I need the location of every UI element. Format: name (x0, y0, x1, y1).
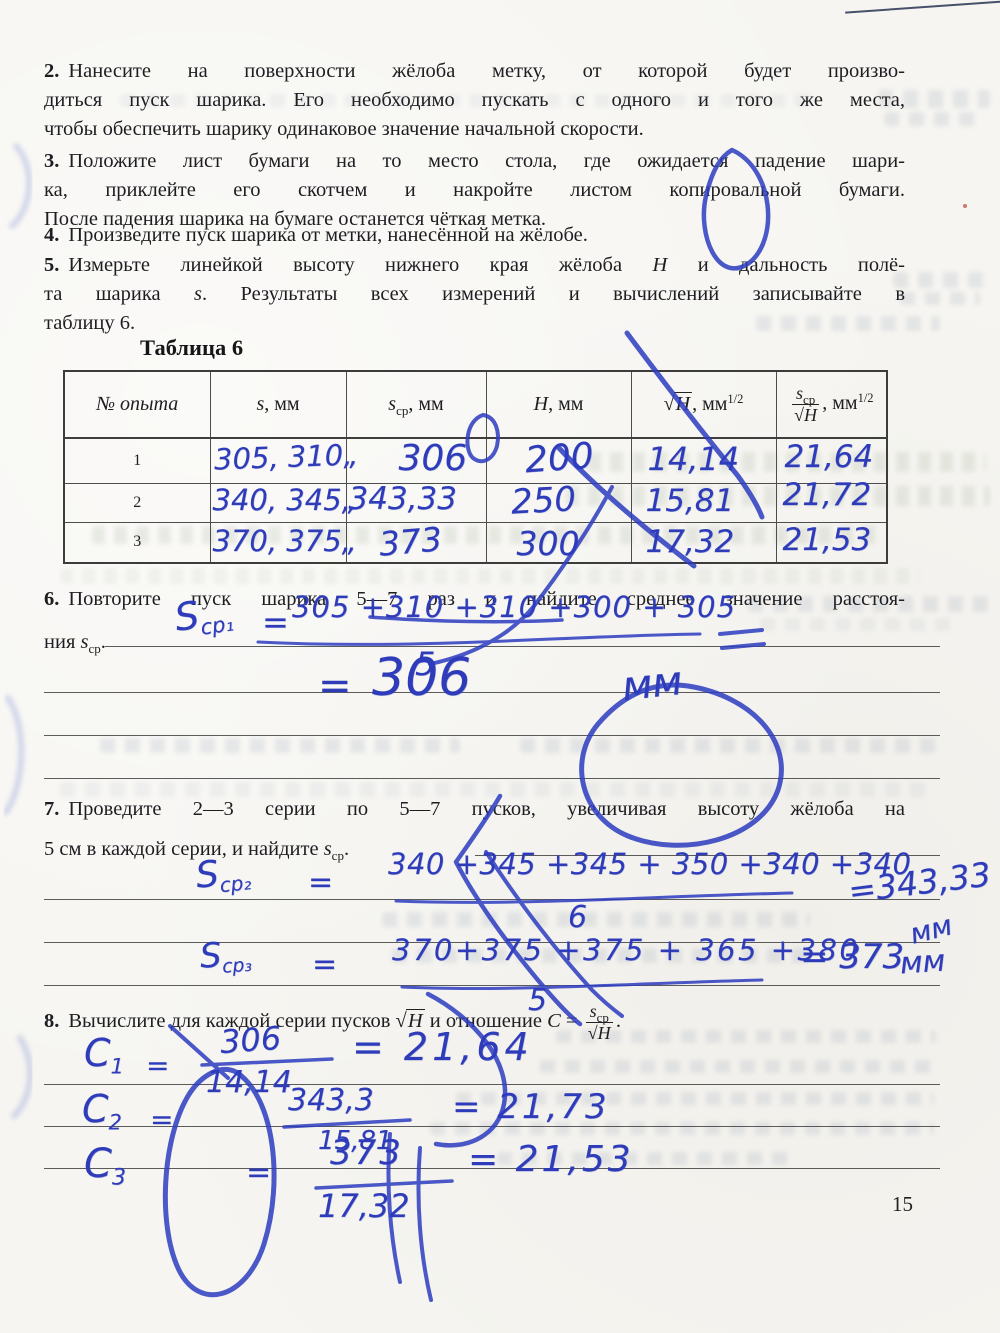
answer-line (44, 1084, 940, 1085)
pen-stroke-step7-diagonal-1 (456, 796, 580, 1024)
col-header-s-average: sср, мм (346, 371, 486, 438)
handwritten-unit-mm: мм (620, 661, 684, 707)
step-number: 6. (44, 588, 59, 610)
handwritten-unit-mm: мм (907, 911, 955, 948)
pen-stroke-fraction-bar-2 (396, 893, 792, 902)
handwritten-C1-result: = 21,64 (352, 1028, 533, 1066)
col-header-s: s, мм (210, 371, 346, 438)
row-3-sqrtH-value: 17,32 (631, 522, 776, 563)
col-header-experiment-number: № опыта (64, 371, 210, 438)
answer-line (44, 985, 940, 986)
fraction-s-over-sqrtH: sср √H (792, 384, 819, 425)
handwritten-C2-label: C2 (82, 1090, 122, 1133)
row-3-ratio-value: 21,53 (776, 522, 887, 563)
row-3-H-value: 300 (486, 522, 631, 563)
handwritten-C3-denominator: 17,32 (318, 1190, 410, 1222)
instruction-step-4: 4.Произведите пуск шарика от метки, нане… (44, 221, 905, 250)
row-2-H-value: 250 (486, 483, 631, 522)
col-header-H: H, мм (486, 371, 631, 438)
scan-edge-line (845, 0, 1000, 13)
handwritten-C3-numerator: 373 (330, 1136, 404, 1170)
row-1-H-value: 200 (486, 438, 631, 483)
pen-stroke-C3-vertical-2 (418, 1148, 431, 1300)
handwritten-C1-numerator: 306 (219, 1022, 282, 1058)
fraction-s-over-sqrtH: sср√H (586, 1002, 613, 1043)
handwritten-equals: = (262, 606, 289, 638)
handwritten-denominator-2: 6 (568, 903, 587, 933)
bleed-through-mark (100, 738, 460, 753)
handwritten-sum-series-3: 370+375 +375 + 365 +380 (392, 936, 860, 965)
table-caption: Таблица 6 (140, 333, 243, 362)
col-header-sqrt-H: √H, мм1/2 (631, 371, 776, 438)
handwritten-equals: = (246, 1158, 271, 1188)
handwritten-s-average-3-label: Sср₃ (199, 936, 253, 979)
handwritten-result-s-average-1: 306 (372, 652, 471, 704)
row-1-sqrtH-value: 14,14 (631, 438, 776, 483)
step-number: 8. (44, 1010, 59, 1032)
handwritten-equals: = (312, 950, 337, 980)
table-experiment-results: № опыта s, мм sср, мм H, мм √H, мм1/2 sс… (63, 370, 888, 564)
red-ink-dot (963, 204, 967, 208)
instruction-step-7-line-1: 7.Проведите 2—3 серии по 5—7 пусков, уве… (44, 795, 905, 824)
handwritten-equals: = (146, 1052, 169, 1080)
bleed-ink-curve (12, 146, 29, 226)
instruction-step-5-line-2: та шарика s. Результаты всех измерений и… (44, 280, 905, 309)
row-3-number: 3 (64, 522, 210, 563)
symbol-s: s (194, 283, 202, 305)
instruction-step-3-line-1: 3.Положите лист бумаги на то место стола… (44, 147, 905, 176)
step-number: 5. (44, 254, 59, 276)
row-3-s-value: 370, 375„ (210, 522, 346, 563)
handwritten-C2-result: = 21,73 (452, 1090, 610, 1124)
handwritten-C1-label: C1 (84, 1034, 124, 1077)
instruction-step-3-line-2: ка, приклейте его скотчем и накройте лис… (44, 176, 905, 205)
symbol-C: C (547, 1010, 561, 1032)
step-number: 3. (44, 150, 59, 172)
symbol-H: H (652, 254, 667, 276)
handwritten-equals: = (318, 666, 352, 706)
answer-line (44, 778, 940, 779)
row-1-s-value: 305, 310„ (210, 438, 346, 483)
bleed-through-mark (520, 738, 940, 753)
step-number: 7. (44, 798, 59, 820)
answer-line (105, 646, 940, 647)
handwritten-equals: = (308, 868, 333, 898)
step-number: 2. (44, 60, 59, 82)
instruction-step-2-line-1: 2.Нанесите на поверхности жёлоба метку, … (44, 57, 905, 86)
answer-line (44, 899, 940, 900)
handwritten-C3-result: = 21,53 (468, 1142, 634, 1178)
col-header-ratio: sср √H , мм1/2 (776, 371, 887, 438)
handwritten-sum-series-2: 340 +345 +345 + 350 +340 +340 (388, 850, 911, 879)
handwritten-C3-label: C3 (84, 1144, 126, 1190)
page-number: 15 (892, 1192, 913, 1217)
symbol-s: s (324, 838, 332, 860)
instruction-step-2-line-3: чтобы обеспечить шарику одинаковое значе… (44, 115, 905, 144)
handwritten-result-s-average-3: = 373 (800, 940, 904, 974)
instruction-step-2-line-2: диться пуск шарика. Его необходимо пуска… (44, 86, 905, 115)
row-2-s-value: 340, 345„ (210, 483, 346, 522)
instruction-step-6-line-2: ния sср. (44, 628, 905, 657)
row-1-number: 1 (64, 438, 210, 483)
instruction-step-5-line-1: 5.Измерьте линейкой высоту нижнего края … (44, 251, 905, 280)
row-2-ratio-value: 21,72 (776, 483, 887, 522)
handwritten-sum-series-1: 305 +310 +310 +300 + 305 (292, 593, 736, 622)
handwritten-s-average-1-label: Sср₁ (172, 591, 235, 642)
handwritten-C1-denominator: 14,14 (206, 1068, 292, 1098)
bleed-through-mark (893, 272, 989, 288)
row-2-s-average-value: 343,33 (346, 483, 486, 522)
step-number: 4. (44, 224, 59, 246)
row-1-s-average-value: 306 (346, 438, 486, 483)
handwritten-s-average-2-label: Sср₂ (194, 853, 252, 898)
bleed-through-mark (900, 292, 980, 305)
bleed-through-mark (540, 1060, 940, 1073)
bleed-ink-curve (14, 1038, 30, 1116)
workbook-page: 2.Нанесите на поверхности жёлоба метку, … (0, 0, 1000, 1333)
answer-line (44, 735, 940, 736)
handwritten-unit-mm: мм (899, 946, 946, 979)
bleed-ink-curve (6, 698, 21, 812)
row-2-number: 2 (64, 483, 210, 522)
bleed-through-mark (60, 568, 920, 584)
answer-line (44, 692, 940, 693)
handwritten-equals: = (150, 1106, 173, 1134)
handwritten-C2-numerator: 343,3 (288, 1086, 374, 1116)
row-3-s-average-value: 373 (346, 522, 486, 563)
row-2-sqrtH-value: 15,81 (631, 483, 776, 522)
bleed-through-mark (382, 912, 810, 927)
